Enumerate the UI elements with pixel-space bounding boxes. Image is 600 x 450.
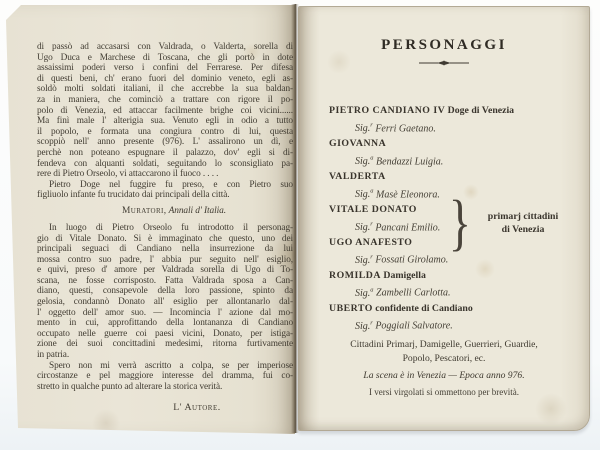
cast-actor: Sig.a Zambelli Carlotta. bbox=[355, 283, 589, 301]
text-line: mossa contro suo padre, l' abbia pur seg… bbox=[37, 255, 293, 266]
text-line: di questi beni, ch' erano fuori del domi… bbox=[37, 74, 293, 85]
text-line: il popolo, e formata una congiura contro… bbox=[37, 127, 293, 138]
cast-actor: Sig.a Bendazzi Luigia. bbox=[355, 152, 589, 170]
cast-role-name: VITALE DONATO bbox=[329, 204, 417, 215]
cast-entry: PIETRO CANDIANO IV Doge di VeneziaSig.r … bbox=[329, 104, 589, 137]
left-page-text: di passò ad accasarsi con Valdrada, o Va… bbox=[6, 5, 293, 414]
text-line: scoppiò nell' anno presente (976). L' as… bbox=[37, 137, 293, 148]
text-line: di passò ad accasarsi con Valdrada, o Va… bbox=[37, 42, 293, 53]
group-label-line: primarj cittadini bbox=[465, 210, 581, 223]
cast-role-name: VALDERTA bbox=[329, 171, 386, 182]
text-line: zione dei suoi concittadini medesimi, ri… bbox=[37, 339, 293, 350]
paragraph: Pietro Doge nel fuggire fu preso, e con … bbox=[37, 180, 293, 201]
scene-line: La scena è in Venezia — Epoca anno 976. bbox=[299, 370, 589, 381]
paragraph: In luogo di Pietro Orseolo fu introdotto… bbox=[37, 223, 293, 361]
actor-honorific: Sig.r bbox=[355, 321, 373, 332]
cast-role-description: Damigella bbox=[381, 270, 426, 281]
text-line: za in maniera, che cominciò a trattare c… bbox=[37, 95, 293, 106]
text-line: perchè non poteano espugnare il palazzo,… bbox=[37, 148, 293, 159]
right-page: PERSONAGGI PIETRO CANDIANO IV Doge di Ve… bbox=[298, 6, 590, 431]
text-line: l' oggetto dell' amor suo. — Incomincia … bbox=[37, 308, 293, 319]
text-line: gelosia, condannò Donato all' esiglio pe… bbox=[37, 297, 293, 308]
actor-name: Zambelli Carlotta. bbox=[374, 288, 451, 299]
text-line: e quivi, preso d' amore per Valdrada sor… bbox=[37, 265, 293, 276]
cast-actor: Sig.a Masè Eleonora. bbox=[355, 185, 589, 203]
text-line: rere di Pietro Orseolo, vi attaccarono i… bbox=[37, 169, 293, 180]
actor-honorific: Sig.a bbox=[355, 156, 374, 167]
text-line: figliuolo infante fu trucidato dai princ… bbox=[37, 190, 293, 201]
text-line: circostanze e pel maggiore interesse del… bbox=[37, 371, 293, 382]
cast-actor: Sig.r Ferri Gaetano. bbox=[355, 119, 589, 137]
text-line: stretto in qualche punto ad alterare la … bbox=[37, 382, 293, 393]
cast-entry: GIOVANNASig.a Bendazzi Luigia. bbox=[329, 137, 589, 170]
attribution-author: Muratori, bbox=[122, 206, 167, 216]
actor-name: Masè Eleonora. bbox=[374, 189, 440, 200]
cast-role-name: ROMILDA bbox=[329, 270, 381, 281]
cast-role-description: Doge di Venezia bbox=[445, 105, 514, 116]
text-line: Pietro Doge nel fuggire fu preso, e con … bbox=[37, 180, 293, 191]
omission-note: I versi virgolati si ommettono per brevi… bbox=[299, 387, 589, 397]
cast-actor: Sig.r Poggiali Salvatore. bbox=[355, 316, 589, 334]
actor-name: Ferri Gaetano. bbox=[373, 123, 436, 134]
paragraph: di passò ad accasarsi con Valdrada, o Va… bbox=[37, 42, 293, 180]
actor-honorific: Sig.a bbox=[355, 189, 374, 200]
actor-name: Fossati Girolamo. bbox=[373, 255, 448, 266]
text-line: Ugo Duca e Marchese di Toscana, che gli … bbox=[37, 53, 293, 64]
cast-role: UBERTO confidente di Candiano bbox=[329, 302, 589, 317]
cast-role-name: UBERTO bbox=[329, 303, 373, 314]
cast-role: ROMILDA Damigella bbox=[329, 269, 589, 284]
cast-role: PIETRO CANDIANO IV Doge di Venezia bbox=[329, 104, 589, 119]
text-line: in patria. bbox=[37, 350, 293, 361]
actor-honorific: Sig.r bbox=[355, 222, 373, 233]
text-line: Ma finì male l' alterigia sua. Venuto eg… bbox=[37, 116, 293, 127]
paragraph: Spero non mi verrà ascritto a colpa, se … bbox=[37, 361, 293, 393]
text-line: diano, questi, consapevole della loro pa… bbox=[37, 286, 293, 297]
text-line: soldò molti soldati italiani, il che acc… bbox=[37, 84, 293, 95]
actor-honorific: Sig.r bbox=[355, 123, 373, 134]
cast-entry: UBERTO confidente di CandianoSig.r Poggi… bbox=[329, 302, 589, 335]
text-line: principali seguaci di Candiano nella ins… bbox=[37, 244, 293, 255]
author-signature: L' Autore. bbox=[37, 403, 293, 414]
actor-honorific: Sig.a bbox=[355, 288, 374, 299]
cast-entry: ROMILDA DamigellaSig.a Zambelli Carlotta… bbox=[329, 269, 589, 302]
text-line: assaissimi poderi verso i confini del Fe… bbox=[37, 63, 293, 74]
cast-role: VALDERTA bbox=[329, 170, 589, 185]
text-line: In luogo di Pietro Orseolo fu introdotto… bbox=[37, 223, 293, 234]
source-attribution: Muratori, Annali d' Italia. bbox=[37, 206, 293, 217]
text-line: fendeva con alquanti soldati, seguitando… bbox=[37, 159, 293, 170]
text-line: mento in cui, approfittando della lontan… bbox=[37, 318, 293, 329]
cast-actor: Sig.r Fossati Girolamo. bbox=[355, 250, 589, 268]
divider-ornament-icon bbox=[417, 58, 471, 68]
personaggi-title: PERSONAGGI bbox=[299, 37, 589, 53]
ensemble-note: Cittadini Primarj, Damigelle, Guerrieri,… bbox=[314, 338, 574, 365]
text-line: gio di Vitale Donato. Si è immaginato ch… bbox=[37, 234, 293, 245]
cast-role-name: PIETRO CANDIANO IV bbox=[329, 105, 445, 116]
cast-role-description: confidente di Candiano bbox=[373, 303, 473, 314]
ensemble-line: Cittadini Primarj, Damigelle, Guerrieri,… bbox=[314, 338, 574, 352]
cast-group-label: primarj cittadinidi Venezia bbox=[465, 210, 581, 236]
cast-role-name: GIOVANNA bbox=[329, 138, 386, 149]
group-label-line: di Venezia bbox=[465, 223, 581, 236]
left-page: di passò ad accasarsi con Valdrada, o Va… bbox=[6, 5, 295, 434]
text-line: Spero non mi verrà ascritto a colpa, se … bbox=[37, 361, 293, 372]
text-line: scana, ne fosse corrisposto. Fatta Valdr… bbox=[37, 276, 293, 287]
actor-name: Bendazzi Luigia. bbox=[374, 156, 444, 167]
cast-role: GIOVANNA bbox=[329, 137, 589, 152]
actor-name: Poggiali Salvatore. bbox=[373, 321, 453, 332]
attribution-work: Annali d' Italia. bbox=[167, 206, 226, 216]
text-line: polo di Venezia, ed attaccar facilmente … bbox=[37, 106, 293, 117]
actor-name: Pancani Emilio. bbox=[373, 222, 441, 233]
actor-honorific: Sig.r bbox=[355, 255, 373, 266]
ensemble-line: Popolo, Pescatori, ec. bbox=[314, 352, 574, 366]
cast-role-name: UGO ANAFESTO bbox=[329, 237, 412, 248]
text-line: occupato nelle guerre coi paesi vicini, … bbox=[37, 329, 293, 340]
book-scan-spread: di passò ad accasarsi con Valdrada, o Va… bbox=[0, 0, 600, 450]
